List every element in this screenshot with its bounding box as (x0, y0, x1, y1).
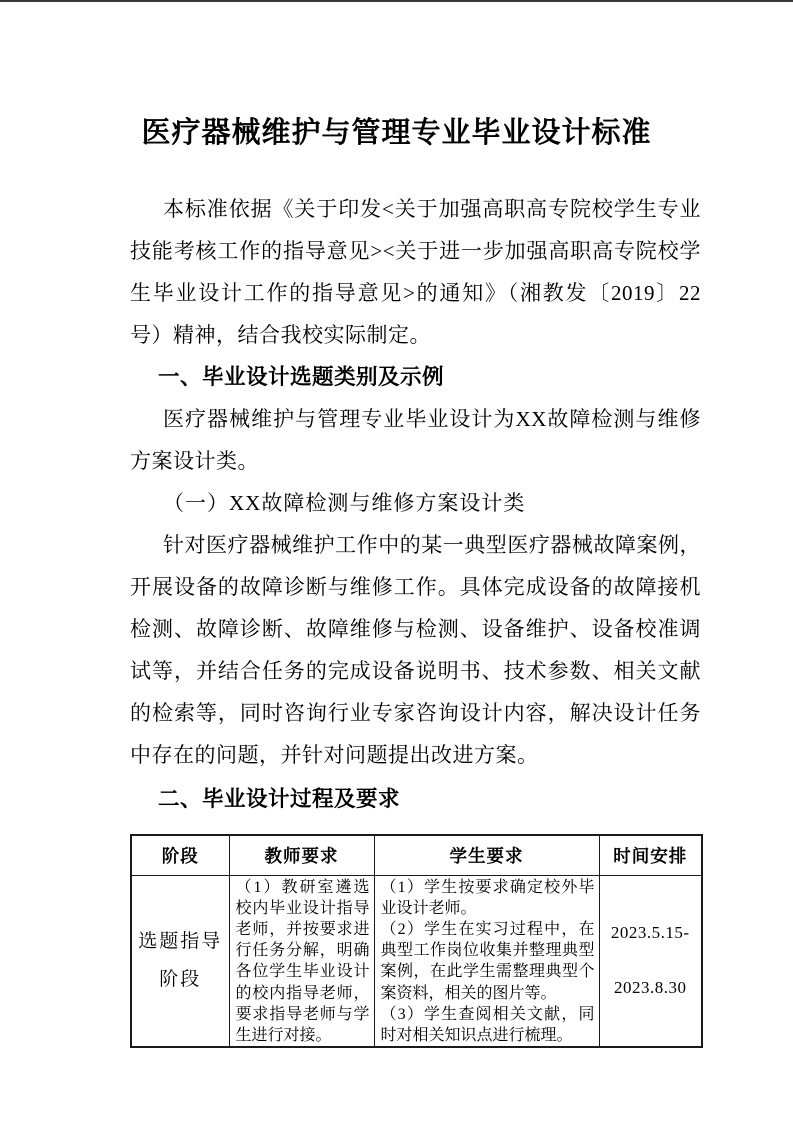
student-requirement-item-2: （2）学生在实习过程中，在典型工作岗位收集并整理典型案例，在此学生需整理典型个案… (381, 919, 595, 1004)
student-requirement-item-1: （1）学生按要求确定校外毕业设计老师。 (381, 877, 595, 919)
student-requirement-item-3: （3）学生查阅相关文献，同时对相关知识点进行梳理。 (381, 1004, 595, 1046)
cell-teacher-requirements: （1）教研室遴选校内毕业设计指导老师，并按要求进行任务分解，明确各位学生毕业设计… (229, 875, 374, 1047)
document-content: 医疗器械维护与管理专业毕业设计标准 本标准依据《关于印发<关于加强高职高专院校学… (0, 2, 793, 1048)
process-requirements-table: 阶段 教师要求 学生要求 时间安排 选题指导 阶段 （1）教研室遴选校内毕业设计… (130, 834, 703, 1048)
table-header-student-requirements: 学生要求 (374, 835, 599, 875)
intro-paragraph: 本标准依据《关于印发<关于加强高职高专院校学生专业技能考核工作的指导意见><关于… (130, 188, 701, 356)
section1-detail-paragraph: 针对医疗器械维护工作中的某一典型医疗器械故障案例，开展设备的故障诊断与维修工作。… (130, 524, 701, 776)
section2-heading: 二、毕业设计过程及要求 (130, 778, 701, 820)
section1-heading: 一、毕业设计选题类别及示例 (130, 356, 701, 398)
stage-line-2: 阶段 (132, 968, 229, 992)
table-header-stage: 阶段 (131, 835, 229, 875)
table-row: 选题指导 阶段 （1）教研室遴选校内毕业设计指导老师，并按要求进行任务分解，明确… (131, 875, 702, 1047)
section1-subheading: （一）XX故障检测与维修方案设计类 (130, 482, 701, 524)
stage-line-1: 选题指导 (132, 930, 229, 954)
time-schedule-start: 2023.5.15- (600, 922, 702, 944)
table-header-teacher-requirements: 教师要求 (229, 835, 374, 875)
document-page: 医疗器械维护与管理专业毕业设计标准 本标准依据《关于印发<关于加强高职高专院校学… (0, 0, 793, 1122)
document-title: 医疗器械维护与管理专业毕业设计标准 (0, 112, 793, 154)
cell-stage: 选题指导 阶段 (131, 875, 229, 1047)
table-header-time-schedule: 时间安排 (599, 835, 702, 875)
section1-paragraph: 医疗器械维护与管理专业毕业设计为XX故障检测与维修方案设计类。 (130, 398, 701, 482)
cell-student-requirements: （1）学生按要求确定校外毕业设计老师。 （2）学生在实习过程中，在典型工作岗位收… (374, 875, 599, 1047)
time-schedule-end: 2023.8.30 (600, 977, 702, 999)
table-header-row: 阶段 教师要求 学生要求 时间安排 (131, 835, 702, 875)
cell-time-schedule: 2023.5.15- 2023.8.30 (599, 875, 702, 1047)
